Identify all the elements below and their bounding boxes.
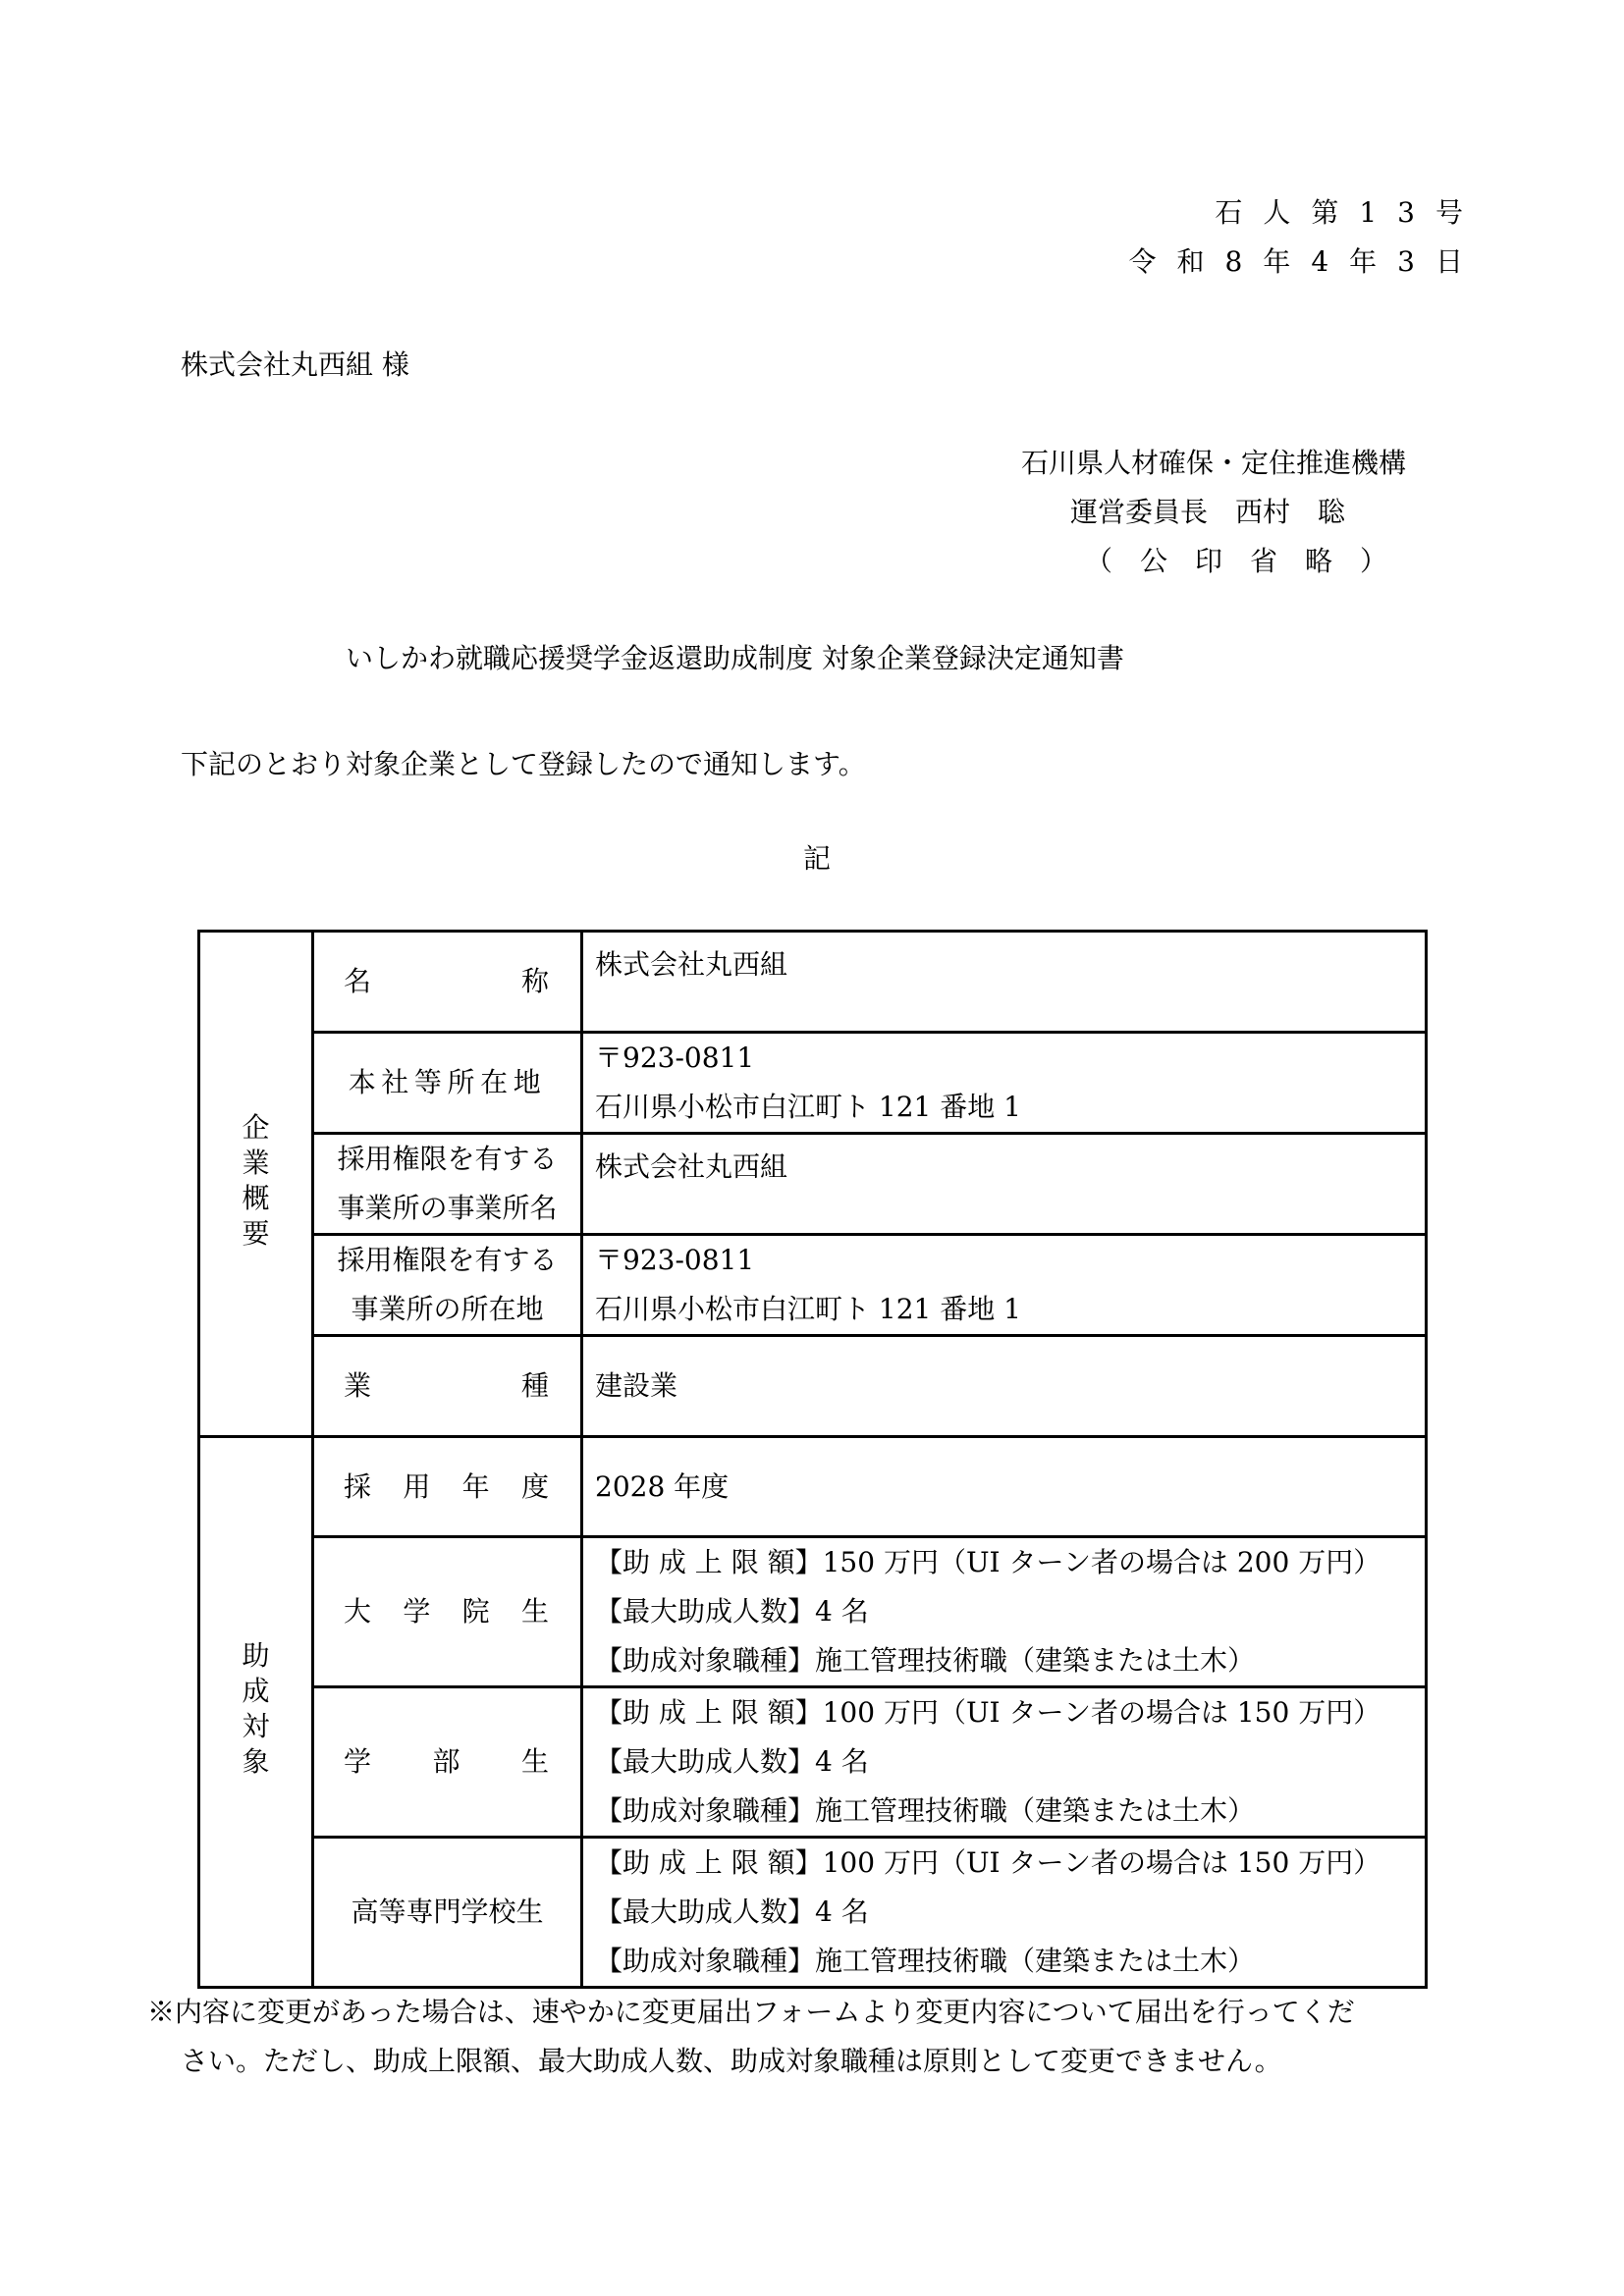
row-label: 高等専門学校生 [313,1838,582,1988]
head-office-address-value: 〒923-0811石川県小松市白江町ト 121 番地 1 [582,1033,1427,1134]
addressee: 株式会社丸西組 様 [181,348,409,382]
graduate-value: 【助 成 上 限 額】150 万円（UI ターン者の場合は 200 万円）【最大… [582,1537,1427,1687]
change-notice-line-1: ※内容に変更があった場合は、速やかに変更届出フォームより変更内容について届出を行… [147,1988,1502,2037]
table-row-graduate: 大学院生 【助 成 上 限 額】150 万円（UI ターン者の場合は 200 万… [199,1537,1427,1687]
intro-text: 下記のとおり対象企業として登録したので通知します。 [181,748,866,781]
company-name-value: 株式会社丸西組 [582,932,1427,1033]
sender-title-name: 運営委員長 西村 聡 [1021,496,1406,545]
sender-organization: 石川県人材確保・定住推進機構 [1021,447,1406,496]
registration-table: 企業概要 名称 株式会社丸西組 本社等所在地 〒923-0811石川県小松市白江… [197,930,1428,1989]
change-notice-line-2: さい。ただし、助成上限額、最大助成人数、助成対象職種は原則として変更できません。 [147,2037,1502,2086]
seal-omitted-note: （ 公 印 省 略 ） [1021,545,1406,594]
industry-value: 建設業 [582,1336,1427,1437]
row-label: 業種 [313,1336,582,1437]
page-title: いしかわ就職応援奨学金返還助成制度 対象企業登録決定通知書 [346,642,1124,675]
row-label: 採用権限を有する事業所の事業所名 [313,1134,582,1235]
subsidy-target-group: 助成対象 [199,1437,313,1988]
change-notice: ※内容に変更があった場合は、速やかに変更届出フォームより変更内容について届出を行… [147,1988,1502,2086]
undergraduate-value: 【助 成 上 限 額】100 万円（UI ターン者の場合は 150 万円）【最大… [582,1687,1427,1838]
row-label: 名称 [313,932,582,1033]
table-row-hiring-year: 助成対象 採用年度 2028 年度 [199,1437,1427,1537]
document-number: 石人第13号 [1129,196,1484,245]
table-row-office-name: 採用権限を有する事業所の事業所名 株式会社丸西組 [199,1134,1427,1235]
company-overview-group: 企業概要 [199,932,313,1437]
row-label: 本社等所在地 [313,1033,582,1134]
technical-college-value: 【助 成 上 限 額】100 万円（UI ターン者の場合は 150 万円）【最大… [582,1838,1427,1988]
document-date: 令和8年4年3日 [1129,245,1484,294]
row-label: 採用権限を有する事業所の所在地 [313,1235,582,1336]
office-name-value: 株式会社丸西組 [582,1134,1427,1235]
table-row-head-office: 本社等所在地 〒923-0811石川県小松市白江町ト 121 番地 1 [199,1033,1427,1134]
table-row-industry: 業種 建設業 [199,1336,1427,1437]
document-number-block: 石人第13号 令和8年4年3日 [1129,196,1484,294]
table-row-undergraduate: 学部生 【助 成 上 限 額】100 万円（UI ターン者の場合は 150 万円… [199,1687,1427,1838]
table-row-name: 企業概要 名称 株式会社丸西組 [199,932,1427,1033]
table-row-technical-college: 高等専門学校生 【助 成 上 限 額】100 万円（UI ターン者の場合は 15… [199,1838,1427,1988]
row-label: 大学院生 [313,1537,582,1687]
row-label: 採用年度 [313,1437,582,1537]
table-row-office-address: 採用権限を有する事業所の所在地 〒923-0811石川県小松市白江町ト 121 … [199,1235,1427,1336]
ki-heading: 記 [803,842,831,876]
hiring-year-value: 2028 年度 [582,1437,1427,1537]
sender-block: 石川県人材確保・定住推進機構 運営委員長 西村 聡 （ 公 印 省 略 ） [1021,447,1406,594]
office-address-value: 〒923-0811石川県小松市白江町ト 121 番地 1 [582,1235,1427,1336]
row-label: 学部生 [313,1687,582,1838]
